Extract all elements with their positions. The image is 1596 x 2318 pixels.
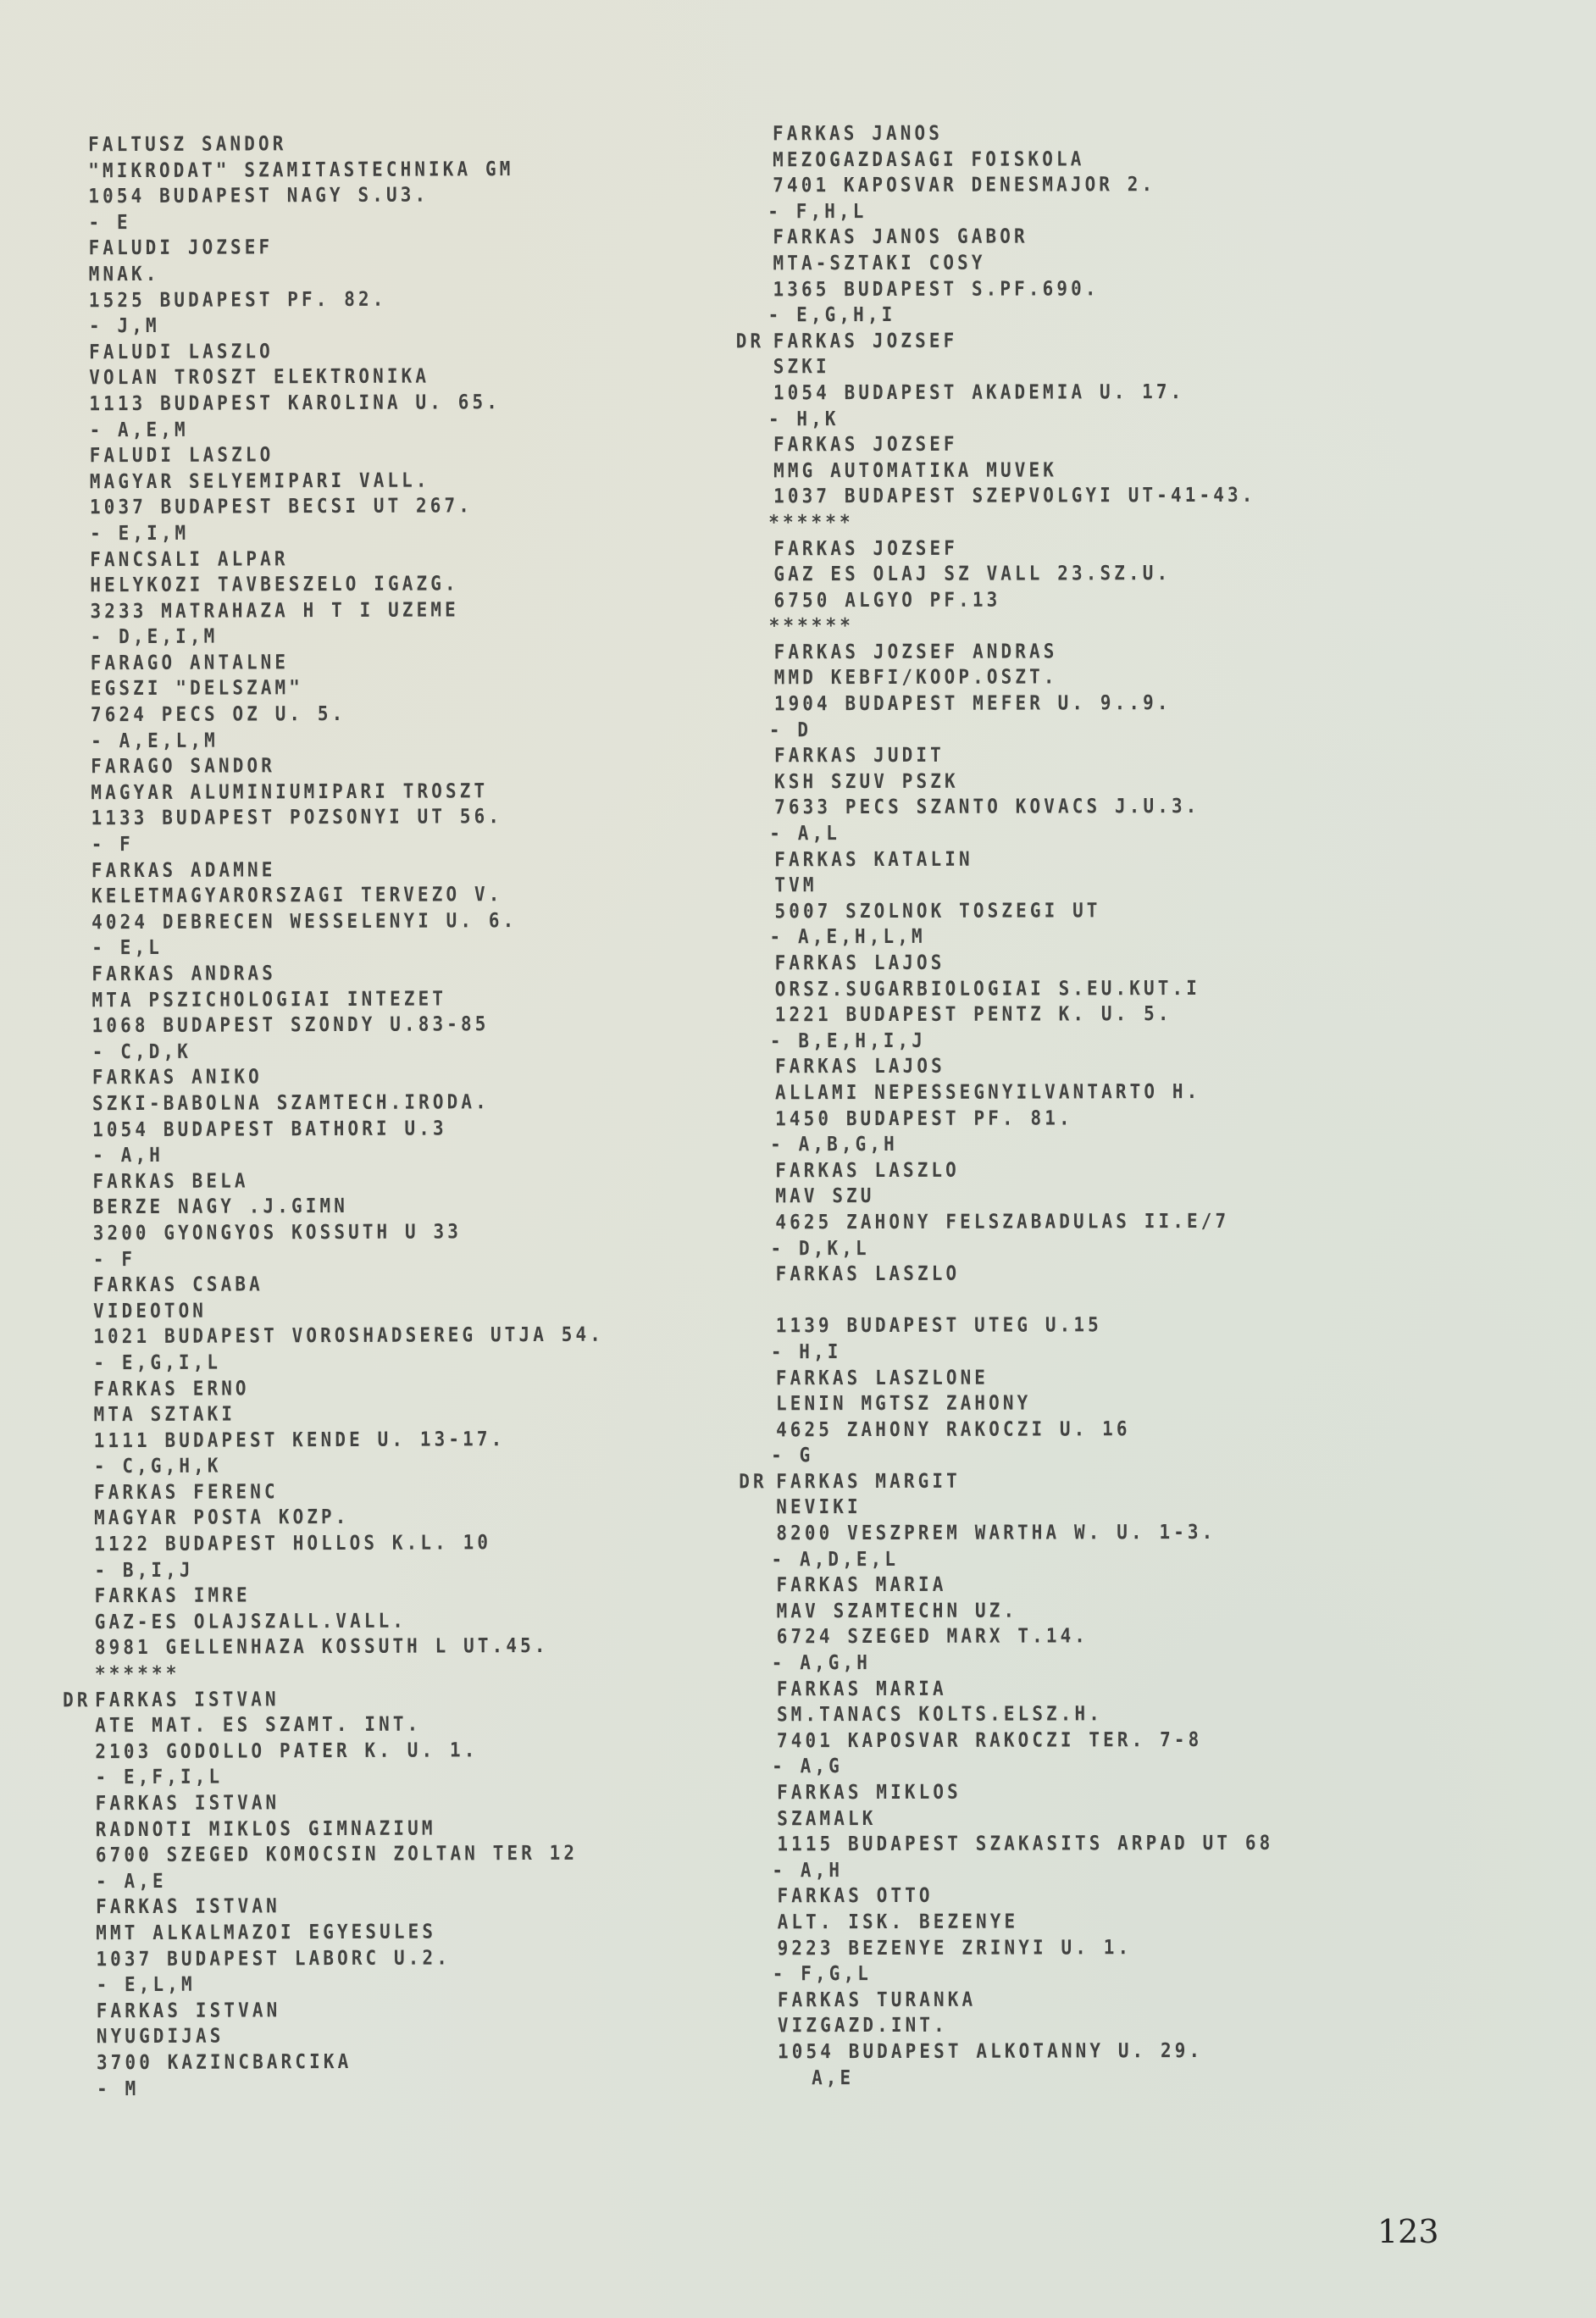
directory-entry: FARAGO SANDORMAGYAR ALUMINIUMIPARI TROSZ… [58,751,601,857]
directory-entry: FARKAS TURANKAVIZGAZD.INT.1054 BUDAPEST … [740,1986,1274,2091]
directory-entry: FARKAS LASZLONELENIN MGTSZ ZAHONY4625 ZA… [739,1364,1272,1469]
directory-entry: FARKAS JOZSEFGAZ ES OLAJ SZ VALL 23.SZ.U… [736,535,1270,640]
directory-entry: FARKAS BELABERZE NAGY .J.GIMN3200 GYONGY… [60,1167,603,1273]
entry-codes: A,E [740,2062,1274,2093]
directory-entry: FARKAS CSABAVIDEOTON1021 BUDAPEST VOROSH… [61,1270,604,1376]
directory-entry: FARKAS KATALINTVM5007 SZOLNOK TOSZEGI UT… [737,846,1271,951]
directory-entry: FARKAS ISTVANNYUGDIJAS3700 KAZINCBARCIKA… [64,1996,607,2102]
directory-entry: FARKAS JANOSMEZOGAZDASAGI FOISKOLA7401 K… [735,119,1269,225]
directory-entry: FARKAS IMREGAZ-ES OLAJSZALL.VALL.8981 GE… [62,1581,605,1687]
directory-entry: FARKAS LASZLOMAV SZU4625 ZAHONY FELSZABA… [738,1156,1272,1262]
directory-entry: FARKAS ISTVANRADNOTI MIKLOS GIMNAZIUM670… [64,1788,607,1894]
directory-entry: FARKAS MARIAMAV SZAMTECHN UZ.6724 SZEGED… [739,1572,1272,1677]
left-column: FALTUSZ SANDOR"MIKRODAT" SZAMITASTECHNIK… [56,130,607,2102]
directory-entry: DRFARKAS MARGITNEVIKI8200 VESZPREM WARTH… [739,1467,1272,1572]
directory-entry: FARKAS ANIKOSZKI-BABOLNA SZAMTECH.IRODA.… [60,1063,603,1169]
directory-page: FALTUSZ SANDOR"MIKRODAT" SZAMITASTECHNIK… [0,0,1596,2318]
directory-entry: FARAGO ANTALNEEGSZI "DELSZAM"7624 PECS O… [58,648,601,754]
directory-entry: FARKAS ADAMNEKELETMAGYARORSZAGI TERVEZO … [59,856,602,962]
directory-entry: FARKAS OTTOALT. ISK. BEZENYE9223 BEZENYE… [740,1883,1273,1988]
directory-entry: FALTUSZ SANDOR"MIKRODAT" SZAMITASTECHNIK… [56,130,599,236]
directory-entry: FARKAS ISTVANMMT ALKALMAZOI EGYESULES103… [64,1893,607,1999]
directory-entry: DRFARKAS ISTVANATE MAT. ES SZAMT. INT.21… [63,1685,606,1791]
directory-entry: FARKAS FERENCMAGYAR POSTA KOZP.1122 BUDA… [62,1478,605,1583]
directory-entry: FARKAS JOZSEFMMG AUTOMATIKA MUVEK1037 BU… [736,430,1270,535]
directory-entry: FALUDI JOZSEFMNAK.1525 BUDAPEST PF. 82.-… [57,234,600,340]
directory-entry: FARKAS JOZSEF ANDRASMMD KEBFI/KOOP.OSZT.… [737,638,1271,743]
directory-entry: FARKAS ERNOMTA SZTAKI1111 BUDAPEST KENDE… [61,1374,604,1480]
directory-entry: FARKAS ANDRASMTA PSZICHOLOGIAI INTEZET10… [59,959,602,1065]
directory-entry: FALUDI LASZLOMAGYAR SELYEMIPARI VALL.103… [58,441,601,546]
directory-entry: FARKAS MARIASM.TANACS KOLTS.ELSZ.H.7401 … [740,1675,1273,1780]
directory-entry: FARKAS JANOS GABORMTA-SZTAKI COSY1365 BU… [735,224,1269,329]
directory-entry: DRFARKAS JOZSEFSZKI1054 BUDAPEST AKADEMI… [736,327,1270,432]
right-column: FARKAS JANOSMEZOGAZDASAGI FOISKOLA7401 K… [735,119,1274,2091]
directory-entry: FALUDI LASZLOVOLAN TROSZT ELEKTRONIKA111… [57,337,600,443]
directory-entry: FARKAS LASZLO1139 BUDAPEST UTEG U.15- H,… [739,1260,1272,1365]
directory-entry: FARKAS LAJOSALLAMI NEPESSEGNYILVANTARTO … [738,1053,1272,1158]
directory-entry: FARKAS LAJOSORSZ.SUGARBIOLOGIAI S.EU.KUT… [738,949,1272,1054]
entry-codes: - M [64,2072,607,2104]
page-number: 123 [1377,2213,1439,2250]
directory-entry: FANCSALI ALPARHELYKOZI TAVBESZELO IGAZG.… [58,545,601,651]
directory-entry: FARKAS JUDITKSH SZUV PSZK7633 PECS SZANT… [737,742,1271,847]
directory-entry: FARKAS MIKLOSSZAMALK1115 BUDAPEST SZAKAS… [740,1778,1273,1883]
